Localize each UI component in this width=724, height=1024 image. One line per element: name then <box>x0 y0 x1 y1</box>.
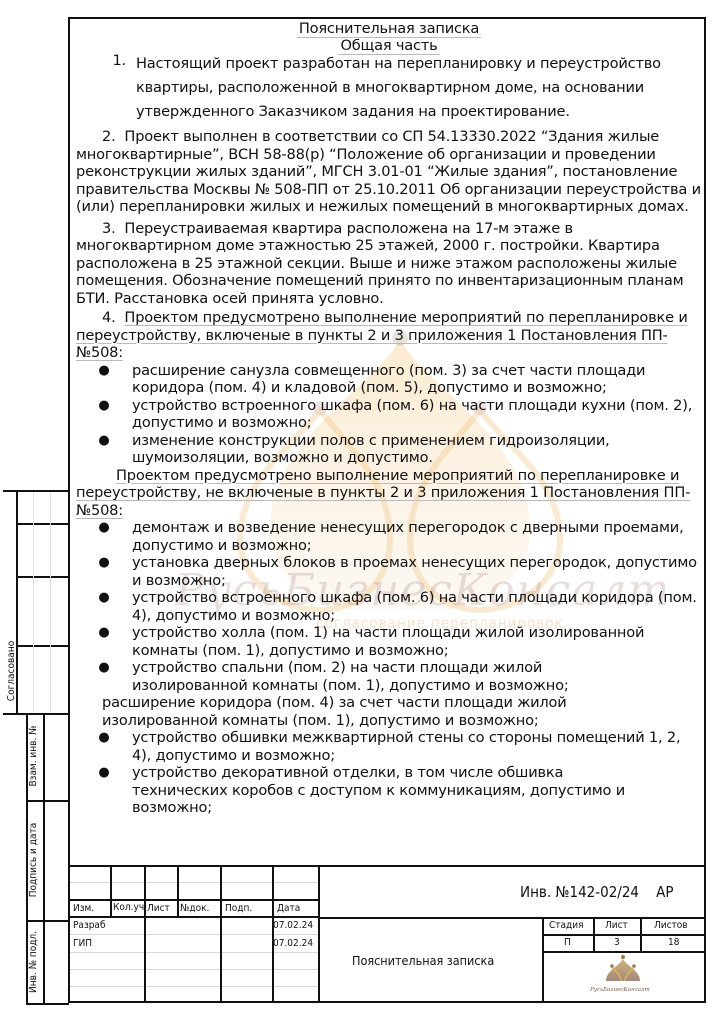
sheet-value: 3 <box>614 935 620 951</box>
list-item: ●изменение конструкции полов с применени… <box>76 432 702 467</box>
document-name: Пояснительная записка <box>352 953 494 969</box>
list-item: ●устройство холла (пом. 1) на части площ… <box>76 624 702 659</box>
bullet-icon: ● <box>76 519 132 554</box>
replaced-inv-label: Взам. инв. № <box>27 713 41 799</box>
row-role: Разраб <box>73 918 106 934</box>
document-body: Пояснительная записка Общая часть 1. Нас… <box>76 20 702 817</box>
document-code: Инв. №142-02/24 АР <box>520 882 674 902</box>
bullet-icon: ● <box>76 729 132 764</box>
agreed-label: Согласовано <box>5 633 19 709</box>
list-item: ●устройство встроенного шкафа (пом. 6) н… <box>76 589 702 624</box>
list-item: 3. Переустраиваемая квартира расположена… <box>76 220 702 308</box>
bullet-icon: ● <box>76 624 132 659</box>
list-item: расширение коридора (пом. 4) за счет час… <box>76 694 702 729</box>
header-izm: Изм. <box>73 901 94 917</box>
sheet-label: Лист <box>605 918 628 934</box>
header-list: Лист <box>147 901 170 917</box>
inv-original-label: Инв. № подл. <box>27 923 41 1001</box>
bullet-icon: ● <box>76 659 132 694</box>
stage-value: П <box>564 935 571 951</box>
bullet-icon: ● <box>76 432 132 467</box>
stage-label: Стадия <box>549 918 584 934</box>
list-item: ●демонтаж и возведение ненесущих перегор… <box>76 519 702 554</box>
list-item: ●установка дверных блоков в проемах нене… <box>76 554 702 589</box>
list-item: ●расширение санузла совмещенного (пом. 3… <box>76 362 702 397</box>
list-item: 1. Настоящий проект разработан на перепл… <box>76 52 702 124</box>
list-item: ●устройство спальни (пом. 2) на части пл… <box>76 659 702 694</box>
row-date: 07.02.24 <box>273 936 313 952</box>
logo-caption: РусьБизнесКонсалт <box>590 986 650 994</box>
document-title: Пояснительная записка <box>76 20 702 37</box>
included-measures-list: ●расширение санузла совмещенного (пом. 3… <box>76 362 702 467</box>
sheets-label: Листов <box>654 918 688 934</box>
sheets-value: 18 <box>668 935 679 951</box>
bullet-icon: ● <box>76 397 132 432</box>
header-date: Дата <box>277 901 300 917</box>
section-code: АР <box>656 883 673 901</box>
list-item: ●устройство встроенного шкафа (пом. 6) н… <box>76 397 702 432</box>
row-date: 07.02.24 <box>273 918 313 934</box>
bullet-icon: ● <box>76 589 132 624</box>
list-item: 2. Проект выполнен в соответствии со СП … <box>76 128 702 216</box>
bullet-icon: ● <box>76 554 132 589</box>
list-item: 4. Проектом предусмотрено выполнение мер… <box>76 309 702 362</box>
header-kol-uch: Кол.уч <box>113 900 144 916</box>
header-doc-no: №док. <box>180 901 209 917</box>
not-included-measures-list: ●демонтаж и возведение ненесущих перегор… <box>76 519 702 817</box>
list-item: ●устройство декоративной отделки, в том … <box>76 764 702 817</box>
header-sign: Подп. <box>225 901 252 917</box>
not-included-intro: Проектом предусмотрено выполнение меропр… <box>76 467 702 520</box>
sign-date-label: Подпись и дата <box>27 802 41 918</box>
list-item: ●устройство обшивки межквартирной стены … <box>76 729 702 764</box>
bullet-icon: ● <box>76 362 132 397</box>
row-role: ГИП <box>73 936 92 952</box>
bullet-icon: ● <box>76 764 132 817</box>
